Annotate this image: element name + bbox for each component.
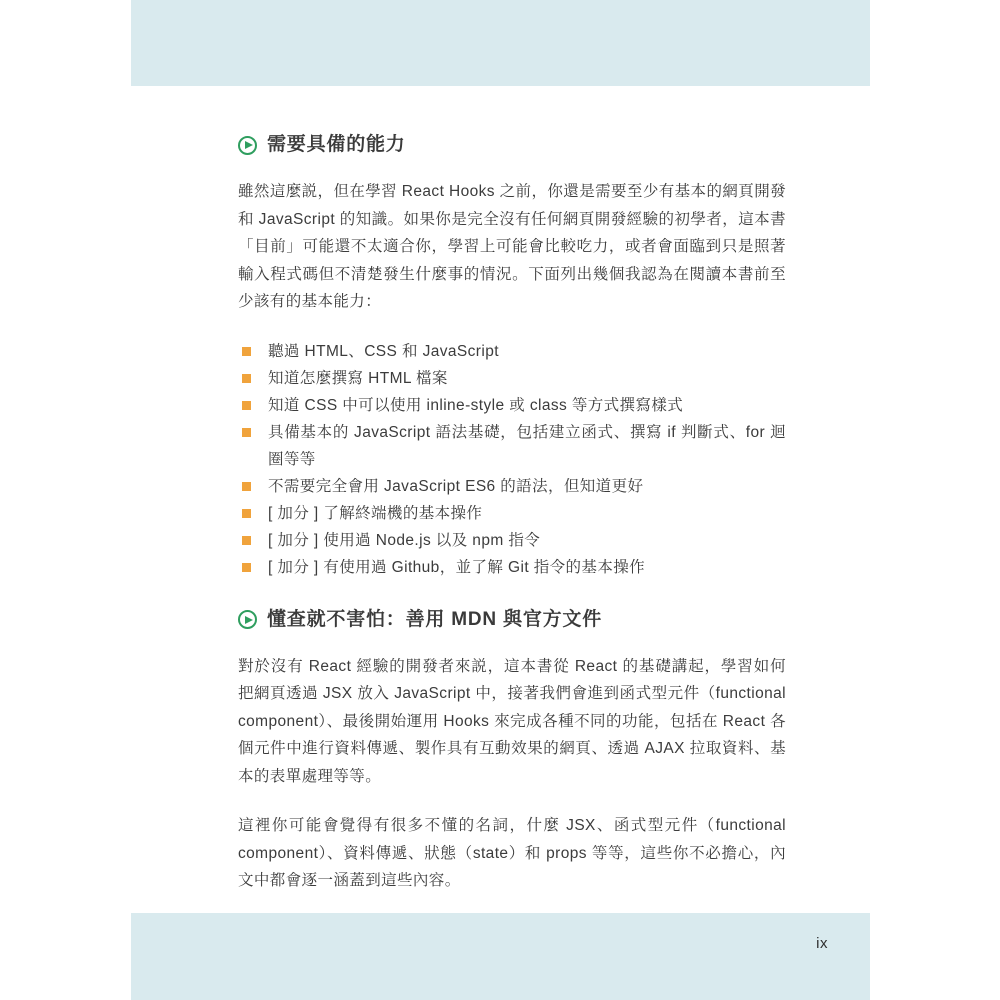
- square-bullet-icon: [242, 428, 251, 437]
- section-required-abilities: 需要具備的能力 雖然這麼説，但在學習 React Hooks 之前，你還是需要至…: [238, 132, 786, 581]
- body-paragraph: 這裡你可能會覺得有很多不懂的名詞，什麼 JSX、函式型元件（functional…: [238, 812, 786, 895]
- list-item-text: [ 加分 ] 使用過 Node.js 以及 npm 指令: [268, 532, 540, 549]
- list-item: 具備基本的 JavaScript 語法基礎，包括建立函式、撰寫 if 判斷式、f…: [238, 419, 786, 473]
- list-item-text: [ 加分 ] 有使用過 Github，並了解 Git 指令的基本操作: [268, 559, 645, 576]
- list-item-text: 知道 CSS 中可以使用 inline-style 或 class 等方式撰寫樣…: [268, 397, 683, 414]
- square-bullet-icon: [242, 482, 251, 491]
- list-item: [ 加分 ] 使用過 Node.js 以及 npm 指令: [238, 527, 786, 554]
- section-heading-text: 需要具備的能力: [267, 132, 406, 158]
- play-circle-icon: [238, 610, 257, 629]
- page-number: ix: [816, 935, 828, 952]
- play-circle-icon: [238, 136, 257, 155]
- square-bullet-icon: [242, 347, 251, 356]
- list-item: [ 加分 ] 了解終端機的基本操作: [238, 500, 786, 527]
- square-bullet-icon: [242, 509, 251, 518]
- square-bullet-icon: [242, 536, 251, 545]
- list-item: 知道 CSS 中可以使用 inline-style 或 class 等方式撰寫樣…: [238, 392, 786, 419]
- body-paragraph: 對於沒有 React 經驗的開發者來説，這本書從 React 的基礎講起，學習如…: [238, 653, 786, 791]
- requirements-list: 聽過 HTML、CSS 和 JavaScript 知道怎麼撰寫 HTML 檔案 …: [238, 338, 786, 581]
- list-item-text: [ 加分 ] 了解終端機的基本操作: [268, 505, 482, 522]
- section-heading-text: 懂查就不害怕：善用 MDN 與官方文件: [267, 607, 602, 633]
- list-item-text: 具備基本的 JavaScript 語法基礎，包括建立函式、撰寫 if 判斷式、f…: [268, 424, 786, 468]
- intro-paragraph: 雖然這麼説，但在學習 React Hooks 之前，你還是需要至少有基本的網頁開…: [238, 178, 786, 316]
- list-item: 不需要完全會用 JavaScript ES6 的語法，但知道更好: [238, 473, 786, 500]
- book-page: 需要具備的能力 雖然這麼説，但在學習 React Hooks 之前，你還是需要至…: [0, 0, 1000, 1000]
- section-heading: 需要具備的能力: [238, 132, 786, 158]
- square-bullet-icon: [242, 563, 251, 572]
- list-item-text: 不需要完全會用 JavaScript ES6 的語法，但知道更好: [268, 478, 643, 495]
- footer-band: ix: [131, 913, 870, 1000]
- list-item: 聽過 HTML、CSS 和 JavaScript: [238, 338, 786, 365]
- section-heading: 懂查就不害怕：善用 MDN 與官方文件: [238, 607, 786, 633]
- list-item-text: 知道怎麼撰寫 HTML 檔案: [268, 370, 448, 387]
- list-item: [ 加分 ] 有使用過 Github，並了解 Git 指令的基本操作: [238, 554, 786, 581]
- list-item-text: 聽過 HTML、CSS 和 JavaScript: [268, 343, 499, 360]
- play-triangle-icon: [245, 616, 253, 624]
- page-content: 需要具備的能力 雖然這麼説，但在學習 React Hooks 之前，你還是需要至…: [238, 0, 786, 895]
- list-item: 知道怎麼撰寫 HTML 檔案: [238, 365, 786, 392]
- square-bullet-icon: [242, 374, 251, 383]
- section-mdn-docs: 懂查就不害怕：善用 MDN 與官方文件 對於沒有 React 經驗的開發者來説，…: [238, 607, 786, 895]
- square-bullet-icon: [242, 401, 251, 410]
- play-triangle-icon: [245, 141, 253, 149]
